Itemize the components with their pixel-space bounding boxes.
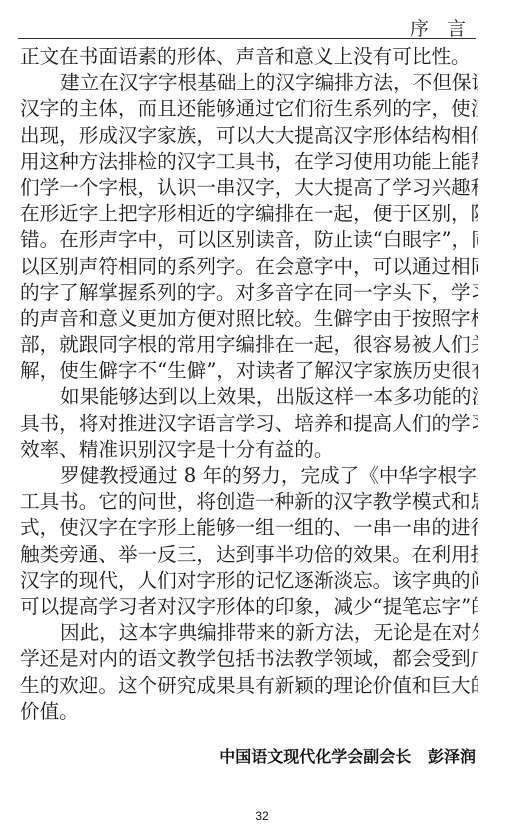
text-line: 因此，这本字典编排带来的新方法，无论是在对外汉语教 <box>20 620 478 646</box>
page-number: 32 <box>0 809 524 823</box>
text-line: 解，使生僻字不“生僻”，对读者了解汉字家族历史很有帮助。 <box>20 358 478 384</box>
text-line: 建立在汉字字根基础上的汉字编排方法，不但保证突显 <box>20 70 478 96</box>
text-line: 价值。 <box>20 699 478 725</box>
text-line: 可以提高学习者对汉字形体的印象，减少“提笔忘字”的现象。 <box>20 594 478 620</box>
text-line: 出现，形成汉字家族，可以大大提高汉字形体结构相似率。利 <box>20 123 478 149</box>
text-line: 触类旁通、举一反三，达到事半功倍的效果。在利用拼音输入 <box>20 542 478 568</box>
text-line: 式，使汉字在字形上能够一组一组的、一串一串的进行比较， <box>20 515 478 541</box>
text-line: 如果能够达到以上效果，出版这样一本多功能的汉字工 <box>20 384 478 410</box>
body-text: 正文在书面语素的形体、声音和意义上没有可比性。建立在汉字字根基础上的汉字编排方法… <box>20 44 478 725</box>
text-line: 用这种方法排检的汉字工具书，在学习使用功能上能帮助人 <box>20 149 478 175</box>
text-line: 学还是对内的语文教学包括书法教学领域，都会受到广大师 <box>20 646 478 672</box>
text-line: 汉字的主体，而且还能够通过它们衍生系列的字，使汉字成群 <box>20 96 478 122</box>
text-line: 的声音和意义更加方便对照比较。生僻字由于按照字根归 <box>20 306 478 332</box>
text-line: 具书，将对推进汉字语言学习、培养和提高人们的学习兴趣和 <box>20 411 478 437</box>
section-title: 序 言 <box>410 14 472 41</box>
text-line: 错。在形声字中，可以区别读音，防止读“白眼字”，同时又可 <box>20 227 478 253</box>
text-line: 在形近字上把字形相近的字编排在一起，便于区别，防止写 <box>20 201 478 227</box>
text-line: 们学一个字根，认识一串汉字，大大提高了学习兴趣和效率。 <box>20 175 478 201</box>
text-line: 罗健教授通过 8 年的努力，完成了《中华字根字典》这部 <box>20 463 478 489</box>
text-line: 正文在书面语素的形体、声音和意义上没有可比性。 <box>20 44 478 70</box>
running-header: 序 言 <box>18 10 476 39</box>
text-line: 生的欢迎。这个研究成果具有新颖的理论价值和巨大的应用 <box>20 673 478 699</box>
text-line: 汉字的现代，人们对字形的记忆逐渐淡忘。该字典的问世，还 <box>20 568 478 594</box>
text-line: 部，就跟同字根的常用字编排在一起，很容易被人们关注了 <box>20 332 478 358</box>
text-line: 工具书。它的问世，将创造一种新的汉字教学模式和思维方 <box>20 489 478 515</box>
signature: 中国语文现代化学会副会长 彭泽润 <box>219 744 476 767</box>
text-line: 效率、精准识别汉字是十分有益的。 <box>20 437 478 463</box>
text-line: 的字了解掌握系列的字。对多音字在同一字头下，学习语素 <box>20 280 478 306</box>
text-line: 以区别声符相同的系列字。在会意字中，可以通过相同字根 <box>20 254 478 280</box>
